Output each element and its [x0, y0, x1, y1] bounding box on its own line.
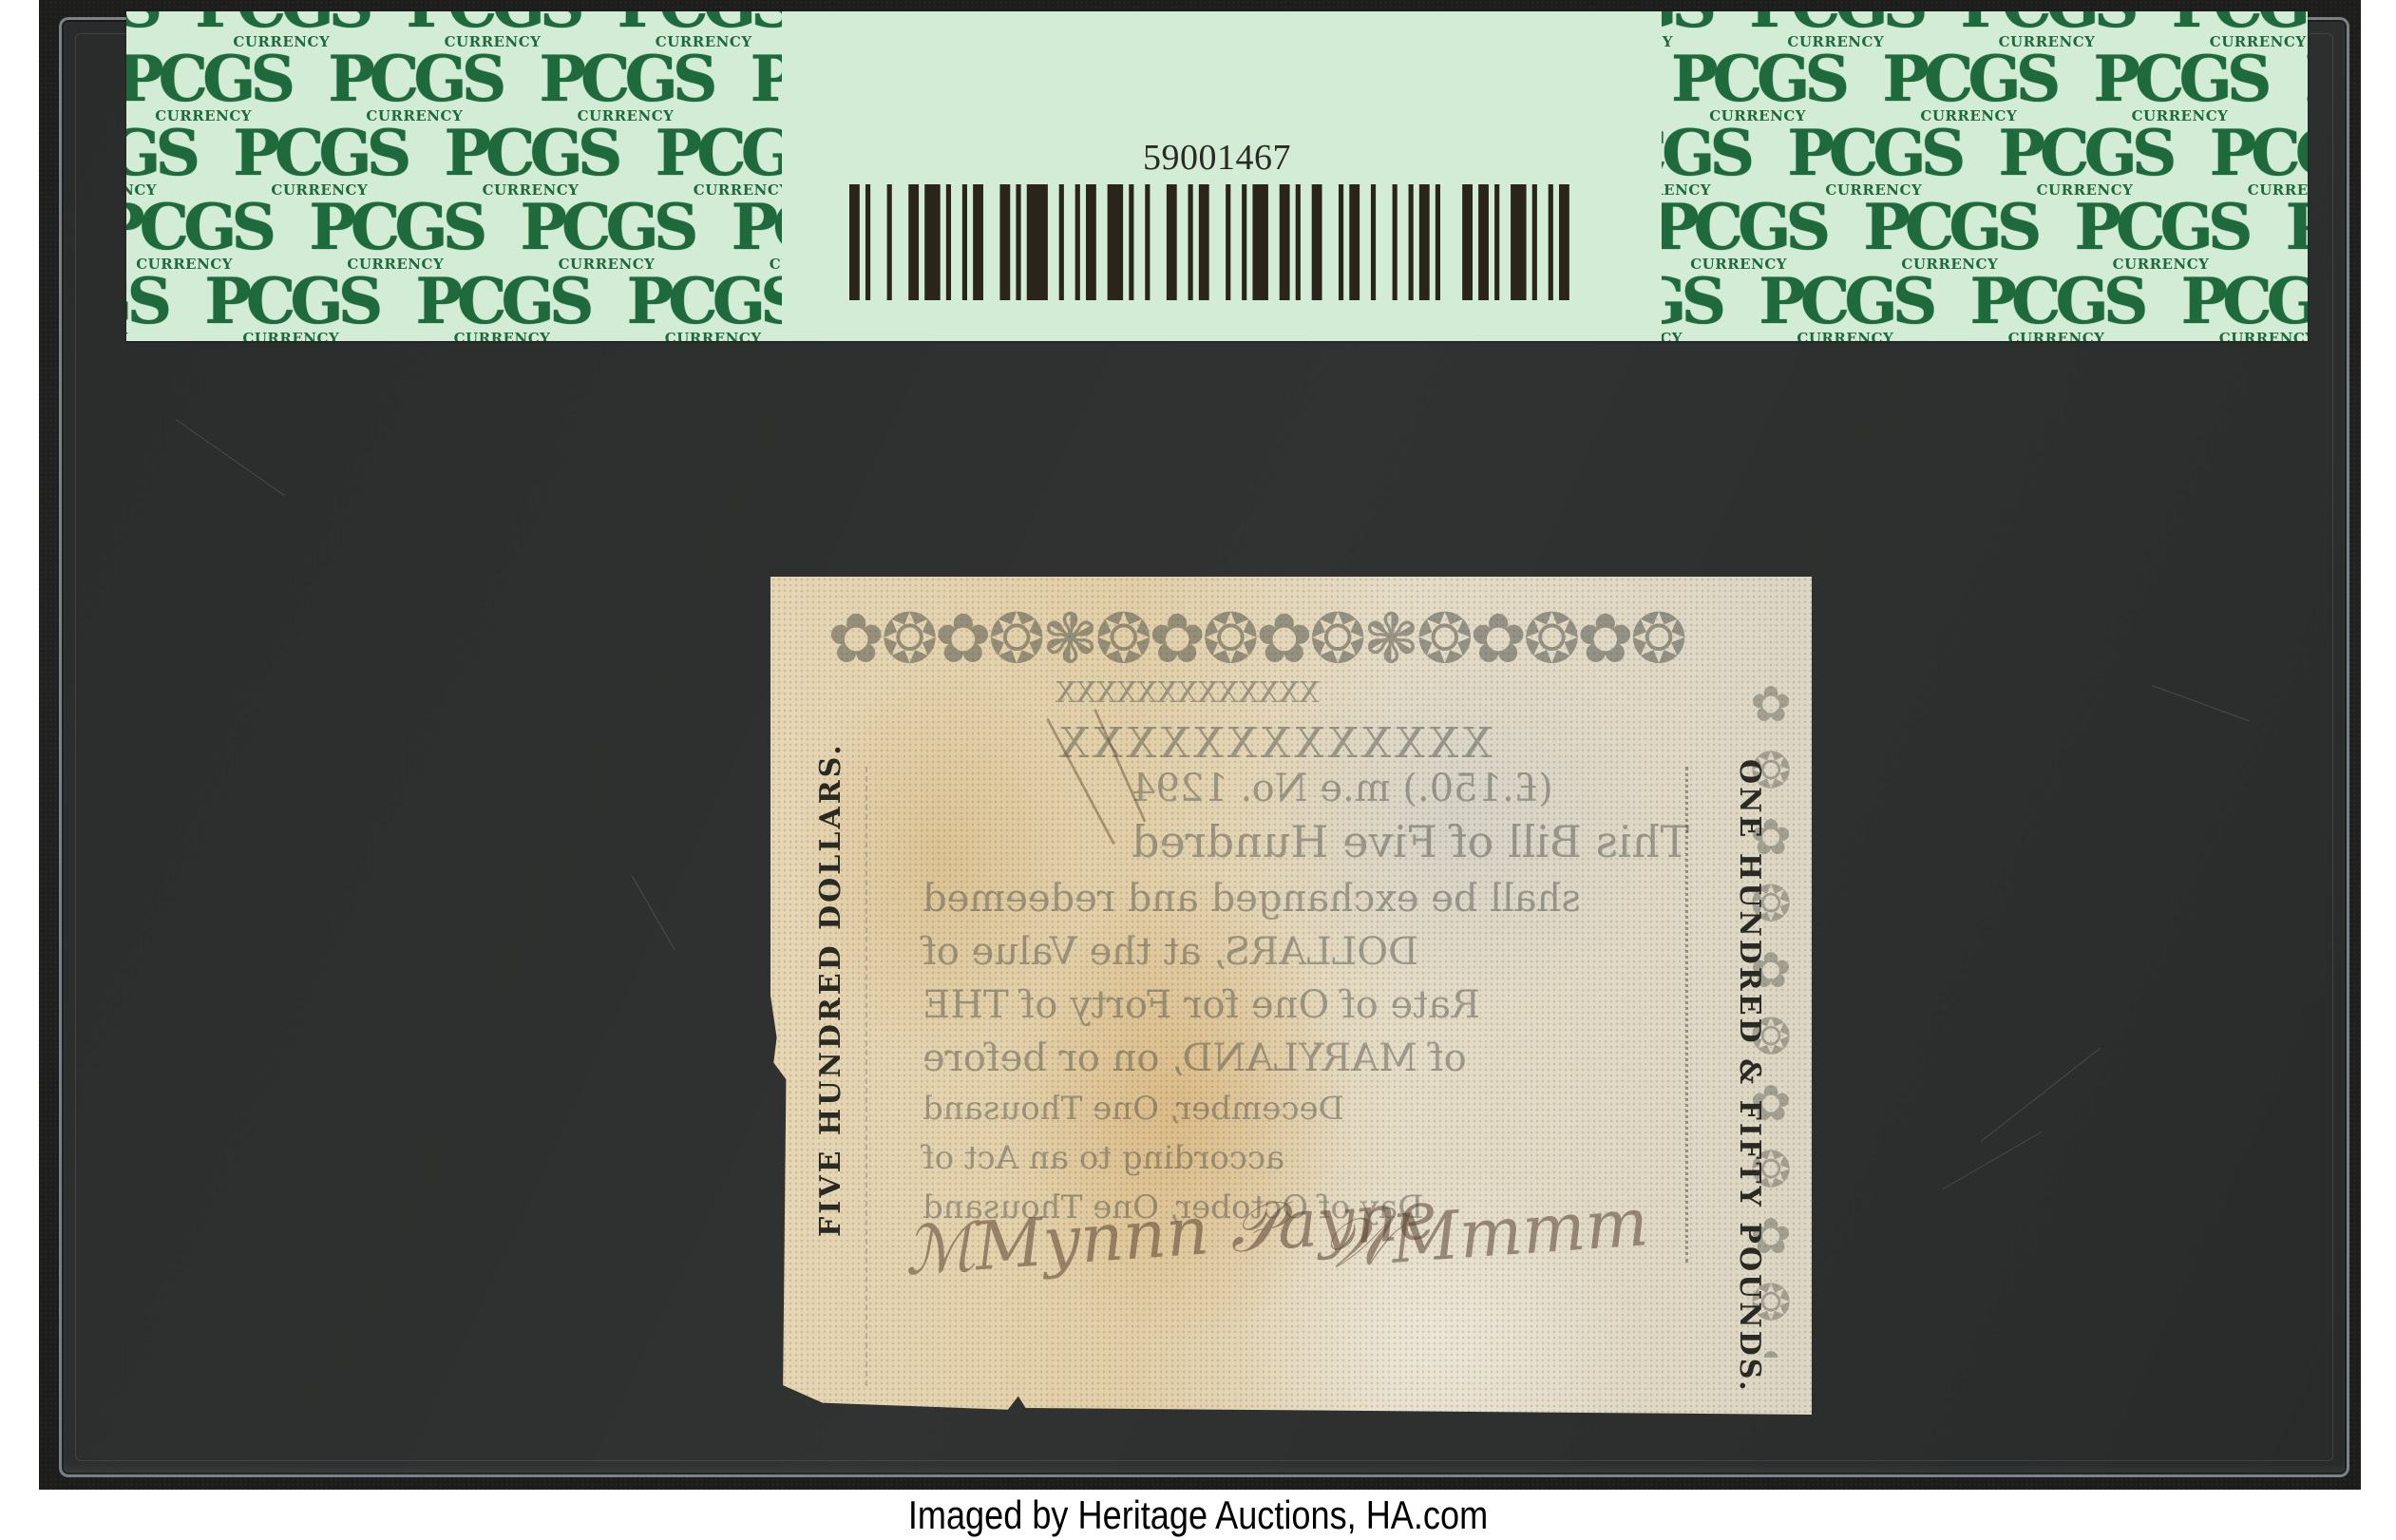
pcgs-logo: PCGSCURRENCY — [126, 272, 166, 341]
logo-row: PCGSCURRENCYPCGSCURRENCYPCGSCURRENCYPCGS… — [126, 49, 782, 124]
pcgs-logo-mark: PCGS — [2181, 272, 2308, 331]
denomination-dollars-text: FIVE HUNDRED DOLLARS. — [814, 742, 847, 1237]
holder-scratch — [1981, 1048, 2101, 1142]
pcgs-logo: PCGSCURRENCY — [1969, 272, 2142, 341]
holder-scratch — [176, 419, 285, 496]
show-through-text: DOLLARS, at the Value of — [922, 930, 1418, 974]
pcgs-logo-mark: PCGS — [309, 198, 482, 257]
show-through-text: XXXXXXXXXXXXX — [1055, 676, 1320, 710]
pcgs-logo-mark: PCGS — [520, 198, 693, 257]
denomination-pounds-text: ONE HUNDRED & FIFTY POUNDS. — [1733, 759, 1766, 1394]
pcgs-logo-mark: PCGS — [126, 272, 166, 331]
pcgs-logo: PCGSCURRENCY — [328, 49, 501, 124]
pcgs-logo-mark: PCGS — [2074, 198, 2247, 257]
show-through-text: of MARYLAND, on or before — [922, 1036, 1467, 1080]
pcgs-logo-mark: PCGS — [2286, 198, 2308, 257]
show-through-text: XXXXXXXXXXXXX — [1055, 719, 1492, 768]
pcgs-logo-mark: PCGS — [1749, 11, 1922, 34]
barcode — [849, 184, 1575, 300]
pcgs-logo-mark: PCGS — [1960, 11, 2133, 34]
pcgs-logo: PCGSCURRENCY — [2305, 49, 2308, 124]
pcgs-logo-mark: PCGS — [1882, 49, 2055, 108]
pcgs-logo: PCGSCURRENCY — [2286, 198, 2308, 272]
pcgs-logo-mark: PCGS — [1662, 272, 1721, 331]
border-ornament-top: ✿❂✿❂❃❂✿❂✿❂❃❂✿❂✿❂ — [827, 596, 1783, 681]
pcgs-logo-mark: PCGS — [732, 198, 782, 257]
pcgs-logo-mark: PCGS — [328, 49, 501, 108]
show-through-text: This Bill of Five Hundred — [1131, 816, 1689, 867]
pcgs-logo: PCGSCURRENCY — [627, 272, 782, 341]
pcgs-logo: PCGSCURRENCY — [732, 198, 782, 272]
show-through-text: according to an Act of — [922, 1139, 1284, 1177]
pcgs-logo: PCGSCURRENCY — [126, 198, 271, 272]
pcgs-logo-mark: PCGS — [1671, 49, 1844, 108]
pcgs-logo-mark: PCGS — [1759, 272, 1931, 331]
grading-label: PCGSCURRENCYPCGSCURRENCYPCGSCURRENCYPCGS… — [126, 11, 2308, 341]
pcgs-logo-mark: PCGS — [126, 49, 290, 108]
show-through-text: (£.150.) m.e No. 1294 — [1131, 767, 1553, 810]
show-through-text: shall be exchanged and redeemed — [922, 877, 1581, 921]
pcgs-logo: PCGSCURRENCY — [1671, 49, 1844, 124]
show-through-text: Rate of One for Forty of THE — [922, 983, 1480, 1027]
pcgs-logo: PCGSCURRENCY — [204, 272, 377, 341]
pcgs-logo-mark: PCGS — [751, 49, 782, 108]
pcgs-logo-mark: PCGS — [539, 49, 712, 108]
pcgs-logo-mark: PCGS — [618, 11, 782, 34]
holder-scratch — [632, 875, 675, 949]
pcgs-logo: PCGSCURRENCY — [1863, 198, 2036, 272]
pcgs-logo-mark: PCGS — [195, 11, 368, 34]
logo-row: PCGSCURRENCYPCGSCURRENCYPCGSCURRENCYPCGS… — [126, 198, 782, 272]
pcgs-logo: PCGSCURRENCY — [2074, 198, 2247, 272]
logo-row: PCGSCURRENCYPCGSCURRENCYPCGSCURRENCYPCGS… — [1662, 198, 2308, 272]
image-credit-caption: Imaged by Heritage Auctions, HA.com — [168, 1493, 2229, 1537]
logo-row: PCGSCURRENCYPCGSCURRENCYPCGSCURRENCYPCGS… — [126, 272, 782, 341]
holder-scratch — [2152, 685, 2251, 722]
pcgs-logo: PCGSCURRENCY — [1882, 49, 2055, 124]
pcgs-logo-mark: PCGS — [406, 11, 579, 34]
pcgs-logo: PCGSCURRENCY — [751, 49, 782, 124]
pcgs-logo: PCGSCURRENCY — [520, 198, 693, 272]
pcgs-logo: PCGSCURRENCY — [1662, 272, 1721, 341]
pcgs-logo-mark: PCGS — [1969, 272, 2142, 331]
pcgs-logo-mark: PCGS — [126, 198, 271, 257]
pcgs-logo-mark: PCGS — [415, 272, 588, 331]
logo-row: PCGSCURRENCYPCGSCURRENCYPCGSCURRENCYPCGS… — [1662, 272, 2308, 341]
pcgs-logo-mark: PCGS — [2305, 49, 2308, 108]
pcgs-logo-mark: PCGS — [1863, 198, 2036, 257]
pcgs-logo: PCGSCURRENCY — [539, 49, 712, 124]
banknote: ✿❂✿❂❃❂✿❂✿❂❃❂✿❂✿❂ ✿❂✿❂✿❂✿❂✿❂✿❂✿❂✿❂ XXXXXX… — [770, 577, 1812, 1415]
pcgs-logo-mark: PCGS — [204, 272, 377, 331]
pcgs-logo: PCGSCURRENCY — [2093, 49, 2266, 124]
pcgs-logo: PCGSCURRENCY — [126, 49, 290, 124]
pcgs-logo-mark: PCGS — [2093, 49, 2266, 108]
pcgs-logo: PCGSCURRENCY — [415, 272, 588, 341]
pcgs-logo: PCGSCURRENCY — [1759, 272, 1931, 341]
pcgs-logo-mark: PCGS — [126, 11, 157, 34]
frame-rule-left — [865, 767, 867, 1386]
pcgs-logo: PCGSCURRENCY — [2181, 272, 2308, 341]
logo-row: PCGSCURRENCYPCGSCURRENCYPCGSCURRENCYPCGS… — [1671, 49, 2308, 124]
pcgs-logo: PCGSCURRENCY — [309, 198, 482, 272]
pcgs-logo-mark: PCGS — [1662, 11, 1711, 34]
holder-scratch — [1943, 1131, 2042, 1189]
show-through-text: December, One Thousand — [922, 1090, 1344, 1128]
pcgs-logo: PCGSCURRENCY — [1662, 198, 1825, 272]
certification-number: 59001467 — [126, 137, 2308, 179]
pcgs-logo-mark: PCGS — [1662, 198, 1825, 257]
pcgs-logo-mark: PCGS — [2172, 11, 2308, 34]
pcgs-logo-mark: PCGS — [627, 272, 782, 331]
